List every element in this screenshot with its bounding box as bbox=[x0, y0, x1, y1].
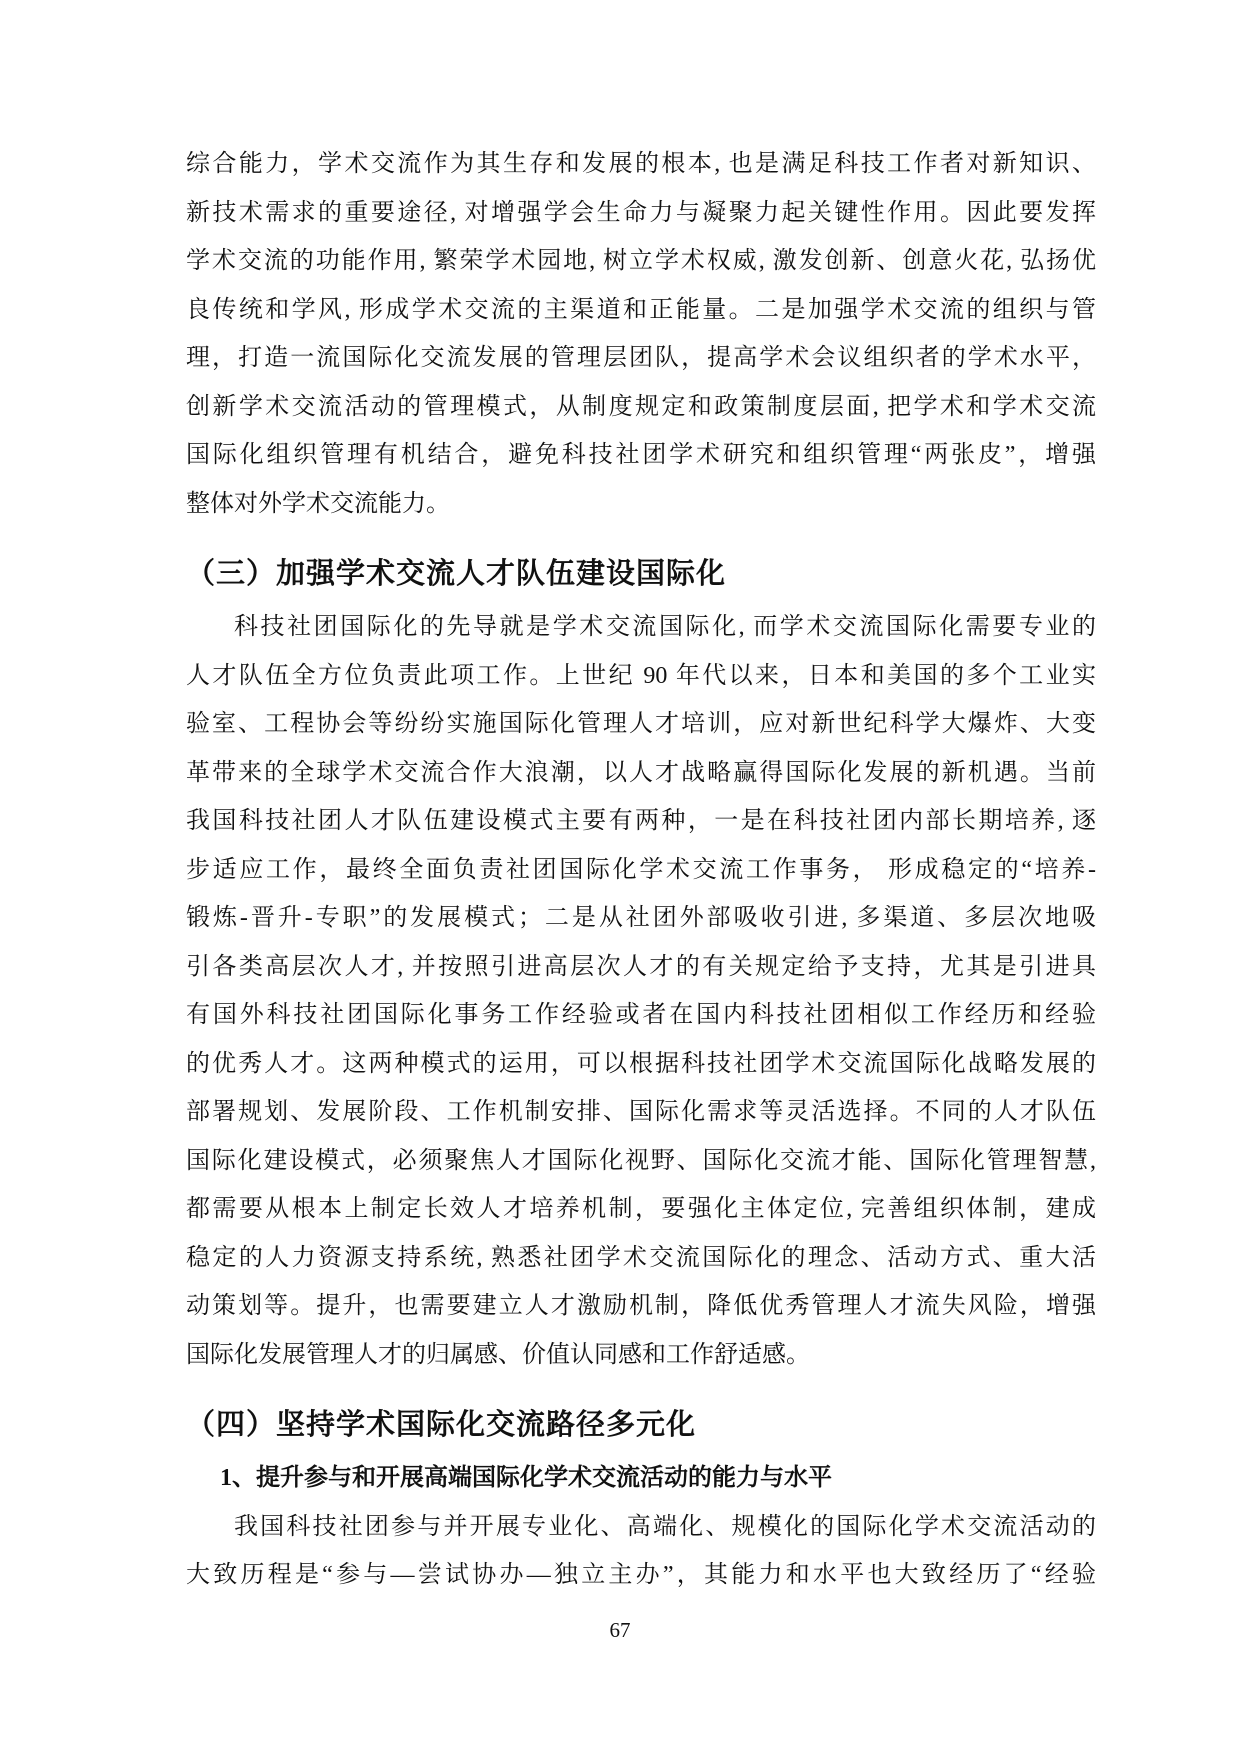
section-heading: （四）坚持学术国际化交流路径多元化 bbox=[186, 1401, 1096, 1449]
text-line: 步适应工作，最终全面负责社团国际化学术交流工作事务， 形成稳定的“培养- bbox=[186, 846, 1096, 895]
text-line: 大致历程是“参与—尝试协办—独立主办”，其能力和水平也大致经历了“经验 bbox=[186, 1551, 1096, 1600]
text-line: 革带来的全球学术交流合作大浪潮，以人才战略赢得国际化发展的新机遇。当前 bbox=[186, 749, 1096, 798]
text-line: 我国科技社团参与并开展专业化、高端化、规模化的国际化学术交流活动的 bbox=[186, 1503, 1096, 1552]
text-line: 稳定的人力资源支持系统, 熟悉社团学术交流国际化的理念、活动方式、重大活 bbox=[186, 1234, 1096, 1283]
text-line: 良传统和学风, 形成学术交流的主渠道和正能量。二是加强学术交流的组织与管 bbox=[186, 286, 1096, 335]
text-line: 锻炼-晋升-专职”的发展模式；二是从社团外部吸收引进, 多渠道、多层次地吸 bbox=[186, 894, 1096, 943]
text-line: 我国科技社团人才队伍建设模式主要有两种，一是在科技社团内部长期培养, 逐 bbox=[186, 797, 1096, 846]
section-heading: （三）加强学术交流人才队伍建设国际化 bbox=[186, 550, 1096, 598]
paragraph: 科技社团国际化的先导就是学术交流国际化, 而学术交流国际化需要专业的人才队伍全方… bbox=[186, 603, 1096, 1379]
text-line: 人才队伍全方位负责此项工作。上世纪 90 年代以来，日本和美国的多个工业实 bbox=[186, 652, 1096, 701]
text-line: 整体对外学术交流能力。 bbox=[186, 480, 1096, 529]
numbered-subheading: 1、提升参与和开展高端国际化学术交流活动的能力与水平 bbox=[186, 1454, 1096, 1503]
text-line: 都需要从根本上制定长效人才培养机制，要强化主体定位, 完善组织体制，建成 bbox=[186, 1185, 1096, 1234]
text-line: 部署规划、发展阶段、工作机制安排、国际化需求等灵活选择。不同的人才队伍 bbox=[186, 1088, 1096, 1137]
document-content: 综合能力，学术交流作为其生存和发展的根本, 也是满足科技工作者对新知识、新技术需… bbox=[186, 140, 1096, 1600]
text-line: 学术交流的功能作用, 繁荣学术园地, 树立学术权威, 激发创新、创意火花, 弘扬… bbox=[186, 237, 1096, 286]
text-line: 国际化组织管理有机结合，避免科技社团学术研究和组织管理“两张皮”，增强 bbox=[186, 431, 1096, 480]
text-line: 理，打造一流国际化交流发展的管理层团队，提高学术会议组织者的学术水平， bbox=[186, 334, 1096, 383]
text-line: 国际化发展管理人才的归属感、价值认同感和工作舒适感。 bbox=[186, 1331, 1096, 1380]
text-line: 国际化建设模式，必须聚焦人才国际化视野、国际化交流才能、国际化管理智慧, bbox=[186, 1137, 1096, 1186]
text-line: 新技术需求的重要途径, 对增强学会生命力与凝聚力起关键性作用。因此要发挥 bbox=[186, 189, 1096, 238]
text-line: 动策划等。提升，也需要建立人才激励机制，降低优秀管理人才流失风险，增强 bbox=[186, 1282, 1096, 1331]
paragraph: 我国科技社团参与并开展专业化、高端化、规模化的国际化学术交流活动的大致历程是“参… bbox=[186, 1503, 1096, 1600]
text-line: 引各类高层次人才, 并按照引进高层次人才的有关规定给予支持，尤其是引进具 bbox=[186, 943, 1096, 992]
text-line: 科技社团国际化的先导就是学术交流国际化, 而学术交流国际化需要专业的 bbox=[186, 603, 1096, 652]
page-number: 67 bbox=[0, 1616, 1240, 1644]
text-line: 有国外科技社团国际化事务工作经验或者在国内科技社团相似工作经历和经验 bbox=[186, 991, 1096, 1040]
text-line: 综合能力，学术交流作为其生存和发展的根本, 也是满足科技工作者对新知识、 bbox=[186, 140, 1096, 189]
text-line: 验室、工程协会等纷纷实施国际化管理人才培训，应对新世纪科学大爆炸、大变 bbox=[186, 700, 1096, 749]
text-line: 创新学术交流活动的管理模式，从制度规定和政策制度层面, 把学术和学术交流 bbox=[186, 383, 1096, 432]
document-page: 综合能力，学术交流作为其生存和发展的根本, 也是满足科技工作者对新知识、新技术需… bbox=[0, 0, 1240, 1753]
text-line: 的优秀人才。这两种模式的运用，可以根据科技社团学术交流国际化战略发展的 bbox=[186, 1040, 1096, 1089]
paragraph: 综合能力，学术交流作为其生存和发展的根本, 也是满足科技工作者对新知识、新技术需… bbox=[186, 140, 1096, 528]
